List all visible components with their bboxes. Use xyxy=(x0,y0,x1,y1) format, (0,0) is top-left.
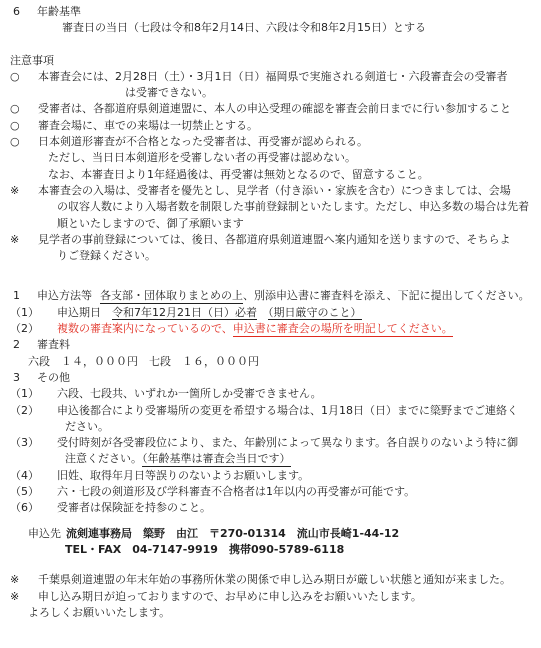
application-rest-text: 、別添申込書に審査料を添え、下記に提出してください。 xyxy=(243,289,530,302)
fees-amounts: 六段 １４，０００円 七段 １６，０００円 xyxy=(28,354,530,370)
item-label: （4） xyxy=(10,468,57,484)
application-item-2: （2）複数の審査案内になっているので、申込書に審査会の場所を明記してください。 xyxy=(10,321,535,337)
deadline-date-underlined: 令和7年12月21日（日）必着 xyxy=(112,306,257,321)
note-bullet-4-text: 日本剣道形審査が不合格となった受審者は、再受審が認められる。 xyxy=(38,135,368,148)
note-bullet-6-cont: りご登録ください。 xyxy=(57,248,535,264)
footer-closing: よろしくお願いいたします。 xyxy=(28,605,530,621)
application-item-1: （1）申込期日 令和7年12月21日（日）必着 （期日厳守のこと） xyxy=(10,305,535,321)
others-item-2-text: 申込後都合により受審場所の変更を希望する場合は、1月18日（日）までに簗野までご… xyxy=(57,404,518,417)
note-bullet-5-cont2: 順といたしますので、御了承願います xyxy=(57,216,535,232)
contact-label: 申込先 xyxy=(28,527,61,540)
others-item-1-text: 六段、七段共、いずれか一箇所しか受審できません。 xyxy=(57,387,322,400)
note-bullet-5-cont1: の収容人数により入場者数を制限した事前登録制といたします。ただし、申込多数の場合… xyxy=(57,199,535,215)
notes-heading: 注意事項 xyxy=(10,53,535,69)
application-title: 申込方法等 xyxy=(37,289,92,302)
footer-note-2-text: 申し込み期日が迫っておりますので、お早めに申し込みをお願いいたします。 xyxy=(38,590,422,603)
item-label: （2） xyxy=(10,321,57,337)
note-bullet-1: ○本審査会には、2月28日（土）・3月1日（日）福岡県で実施される剣道七・六段審… xyxy=(10,69,535,85)
note-bullet-2: ○受審者は、各都道府県剣道連盟に、本人の申込受理の確認を審査会前日までに行い参加… xyxy=(10,101,535,117)
item-label: （1） xyxy=(10,305,57,321)
reference-mark-icon: ※ xyxy=(10,589,38,605)
others-item-2: （2）申込後都合により受審場所の変更を希望する場合は、1月18日（日）までに簗野… xyxy=(10,403,535,419)
note-bullet-5-text: 本審査会の入場は、受審者を優先とし、見学者（付き添い・家族を含む）につきましては… xyxy=(38,184,511,197)
footer-note-1: ※千葉県剣道連盟の年末年始の事務所休業の関係で申し込み期日が厳しい状態と通知が来… xyxy=(10,572,535,588)
application-number: 1 xyxy=(10,288,37,304)
note-bullet-6: ※見学者の事前登録については、後日、各都道府県剣道連盟へ案内通知を送りますので、… xyxy=(10,232,535,248)
note-bullet-6-text: 見学者の事前登録については、後日、各都道府県剣道連盟へ案内通知を送りますので、そ… xyxy=(38,233,511,246)
deadline-label: 申込期日 xyxy=(57,306,112,319)
note-bullet-4-cont2: なお、本審査日より1年経過後は、再受審は無効となるので、留意すること。 xyxy=(48,167,535,183)
note-bullet-4: ○日本剣道形審査が不合格となった受審者は、再受審が認められる。 xyxy=(10,134,535,150)
fees-title: 審査料 xyxy=(37,338,70,351)
age-basis-number: 6 xyxy=(10,4,37,20)
reference-mark-icon: ※ xyxy=(10,572,38,588)
footer-note-1-text: 千葉県剣道連盟の年末年始の事務所休業の関係で申し込み期日が厳しい状態と通知が来ま… xyxy=(38,573,511,586)
reference-mark-icon: ※ xyxy=(10,232,38,248)
others-item-6: （6）受審者は保険証を持参のこと。 xyxy=(10,500,535,516)
others-item-3-cont-prefix: 注意ください。 xyxy=(65,452,142,465)
age-basis-title: 年齢基準 xyxy=(37,5,81,18)
others-item-6-text: 受審者は保険証を持参のこと。 xyxy=(57,501,211,514)
item-label: （1） xyxy=(10,386,57,402)
spacer xyxy=(257,306,268,319)
note-bullet-3: ○審査会場に、車での来場は一切禁止とする。 xyxy=(10,118,535,134)
others-item-3: （3）受付時刻が各受審段位により、また、年齢別によって異なります。各自誤りのない… xyxy=(10,435,535,451)
others-item-3-text: 受付時刻が各受審段位により、また、年齢別によって異なります。各自誤りのないよう特… xyxy=(57,436,518,449)
others-item-5: （5）六・七段の剣道形及び学科審査不合格者は1年以内の再受審が可能です。 xyxy=(10,484,535,500)
deadline-strict-underlined: （期日厳守のこと） xyxy=(268,306,362,321)
section-gap xyxy=(10,517,535,526)
others-number: 3 xyxy=(10,370,37,386)
fees-number: 2 xyxy=(10,337,37,353)
others-title: その他 xyxy=(37,371,70,384)
others-item-4: （4）旧姓、取得年月日等誤りのないようお願いします。 xyxy=(10,468,535,484)
item-label: （2） xyxy=(10,403,57,419)
circle-bullet-icon: ○ xyxy=(10,69,38,85)
note-bullet-5: ※本審査会の入場は、受審者を優先とし、見学者（付き添い・家族を含む）につきまして… xyxy=(10,183,535,199)
venue-warning-red-underlined: 申込書に審査会の場所を明記してください。 xyxy=(233,322,453,337)
others-heading: 3その他 xyxy=(10,370,535,386)
note-bullet-1-text: 本審査会には、2月28日（土）・3月1日（日）福岡県で実施される剣道七・六段審査… xyxy=(38,70,508,83)
circle-bullet-icon: ○ xyxy=(10,118,38,134)
others-item-1: （1）六段、七段共、いずれか一箇所しか受審できません。 xyxy=(10,386,535,402)
fees-heading: 2審査料 xyxy=(10,337,535,353)
age-basis-heading: 6年齢基準 xyxy=(10,4,535,20)
others-item-4-text: 旧姓、取得年月日等誤りのないようお願いします。 xyxy=(57,469,309,482)
section-gap xyxy=(10,37,535,53)
item-label: （6） xyxy=(10,500,57,516)
note-bullet-4-cont1: ただし、当日日本剣道形を受審しない者の再受審は認めない。 xyxy=(48,150,535,166)
note-bullet-2-text: 受審者は、各都道府県剣道連盟に、本人の申込受理の確認を審査会前日までに行い参加す… xyxy=(38,102,511,115)
age-basis-body: 審査日の当日（七段は令和8年2月14日、六段は令和8年2月15日）とする xyxy=(62,20,535,36)
footer-note-2: ※申し込み期日が迫っておりますので、お早めに申し込みをお願いいたします。 xyxy=(10,589,535,605)
others-item-2-cont: ださい。 xyxy=(65,419,535,435)
venue-warning-red-text: 複数の審査案内になっているので、 xyxy=(57,322,233,335)
note-bullet-1-cont: は受審できない。 xyxy=(125,85,535,101)
application-heading: 1申込方法等各支部・団体取りまとめの上、別添申込書に審査料を添え、下記に提出して… xyxy=(10,288,535,304)
section-gap xyxy=(10,264,535,288)
others-item-3-cont: 注意ください。（年齢基準は審査会当日です） xyxy=(65,451,535,467)
contact-address: 流剣連事務局 簗野 由江 〒270-01314 流山市長崎1-44-12 xyxy=(66,527,399,540)
note-bullet-3-text: 審査会場に、車での来場は一切禁止とする。 xyxy=(38,119,258,132)
section-gap xyxy=(10,558,535,572)
circle-bullet-icon: ○ xyxy=(10,134,38,150)
kendo-exam-notice-document: 6年齢基準 審査日の当日（七段は令和8年2月14日、六段は令和8年2月15日）と… xyxy=(0,0,541,621)
age-basis-note-underlined: （年齢基準は審査会当日です） xyxy=(142,452,291,467)
others-item-5-text: 六・七段の剣道形及び学科審査不合格者は1年以内の再受審が可能です。 xyxy=(57,485,415,498)
item-label: （5） xyxy=(10,484,57,500)
application-underlined-text: 各支部・団体取りまとめの上 xyxy=(100,289,243,304)
reference-mark-icon: ※ xyxy=(10,183,38,199)
contact-block: 申込先流剣連事務局 簗野 由江 〒270-01314 流山市長崎1-44-12 xyxy=(10,526,535,542)
item-label: （3） xyxy=(10,435,57,451)
circle-bullet-icon: ○ xyxy=(10,101,38,117)
contact-phone: TEL・FAX 04-7147-9919 携帯090-5789-6118 xyxy=(65,542,535,558)
